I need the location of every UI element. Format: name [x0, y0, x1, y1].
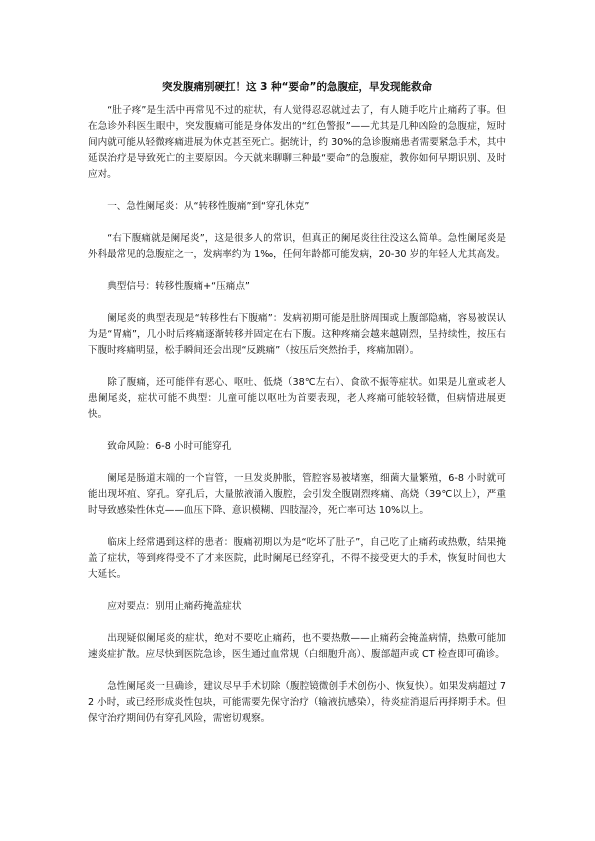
paragraph: 急性阑尾炎一旦确诊，建议尽早手术切除（腹腔镜微创手术创伤小、恢复快）。如果发病超… — [88, 679, 506, 727]
paragraph: 阑尾炎的典型表现是“转移性右下腹痛”：发病初期可能是肚脐周围或上腹部隐痛，容易被… — [88, 311, 506, 359]
subheading-response-points: 应对要点：别用止痛药掩盖症状 — [88, 599, 506, 615]
paragraph: 临床上经常遇到这样的患者：腹痛初期以为是“吃坏了肚子”，自己吃了止痛药或热敷，结… — [88, 535, 506, 583]
paragraph: 除了腹痛，还可能伴有恶心、呕吐、低烧（38℃左右）、食欲不振等症状。如果是儿童或… — [88, 375, 506, 423]
subheading-typical-signal: 典型信号：转移性腹痛+“压痛点” — [88, 279, 506, 295]
section-heading-appendicitis: 一、急性阑尾炎：从“转移性腹痛”到“穿孔休克” — [88, 199, 506, 215]
intro-paragraph: “肚子疼”是生活中再常见不过的症状，有人觉得忍忍就过去了，有人随手吃片止痛药了事… — [88, 103, 506, 183]
subheading-fatal-risk: 致命风险：6-8 小时可能穿孔 — [88, 439, 506, 455]
paragraph: 出现疑似阑尾炎的症状，绝对不要吃止痛药，也不要热敷——止痛药会掩盖病情，热敷可能… — [88, 631, 506, 663]
paragraph: “右下腹痛就是阑尾炎”，这是很多人的常识，但真正的阑尾炎往往没这么简单。急性阑尾… — [88, 231, 506, 263]
paragraph: 阑尾是肠道末端的一个盲管，一旦发炎肿胀，管腔容易被堵塞，细菌大量繁殖，6-8 小… — [88, 471, 506, 519]
document-title: 突发腹痛别硬扛！这 3 种“要命”的急腹症，早发现能救命 — [88, 80, 506, 94]
document-page: 突发腹痛别硬扛！这 3 种“要命”的急腹症，早发现能救命 “肚子疼”是生活中再常… — [88, 80, 506, 743]
